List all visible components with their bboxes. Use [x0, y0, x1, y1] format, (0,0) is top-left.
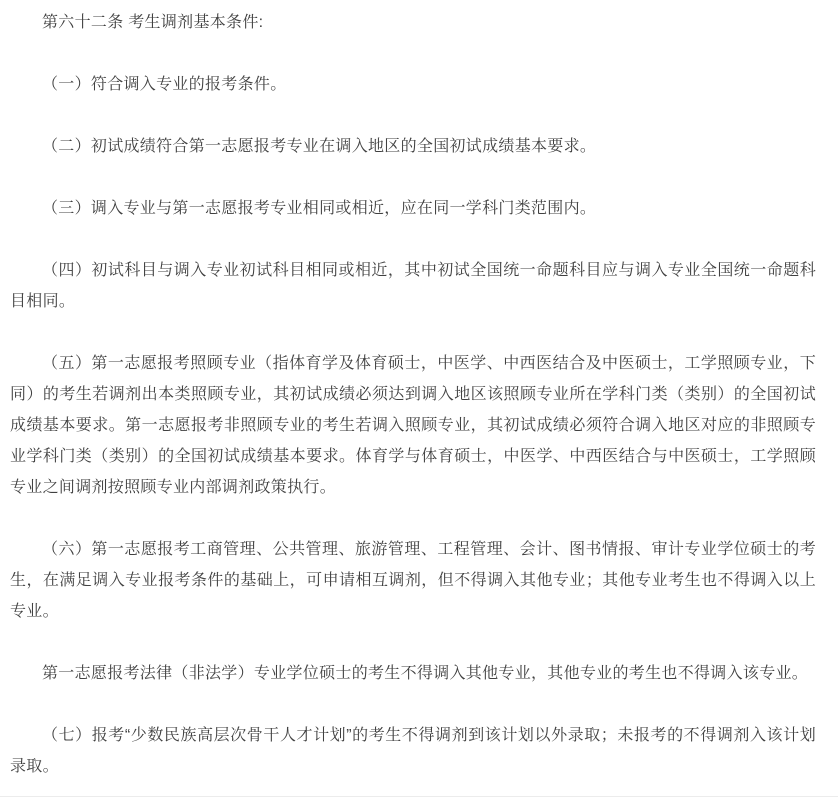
regulation-article: 第六十二条 考生调剂基本条件: （一）符合调入专业的报考条件。 （二）初试成绩符…: [0, 0, 838, 803]
article-paragraph-5: （五）第一志愿报考照顾专业（指体育学及体育硕士，中医学、中西医结合及中医硕士，工…: [10, 348, 816, 503]
article-paragraph-3: （三）调入专业与第一志愿报考专业相同或相近，应在同一学科门类范围内。: [10, 193, 816, 224]
article-clause-title: 第六十二条 考生调剂基本条件:: [10, 7, 816, 38]
article-paragraph-7: （七）报考“少数民族高层次骨干人才计划”的考生不得调剂到该计划以外录取；未报考的…: [10, 720, 816, 782]
bottom-divider: [0, 796, 838, 797]
article-paragraph-2: （二）初试成绩符合第一志愿报考专业在调入地区的全国初试成绩基本要求。: [10, 131, 816, 162]
article-paragraph-1: （一）符合调入专业的报考条件。: [10, 69, 816, 100]
article-paragraph-law: 第一志愿报考法律（非法学）专业学位硕士的考生不得调入其他专业，其他专业的考生也不…: [10, 658, 816, 689]
article-paragraph-6: （六）第一志愿报考工商管理、公共管理、旅游管理、工程管理、会计、图书情报、审计专…: [10, 534, 816, 627]
article-paragraph-4: （四）初试科目与调入专业初试科目相同或相近，其中初试全国统一命题科目应与调入专业…: [10, 255, 816, 317]
